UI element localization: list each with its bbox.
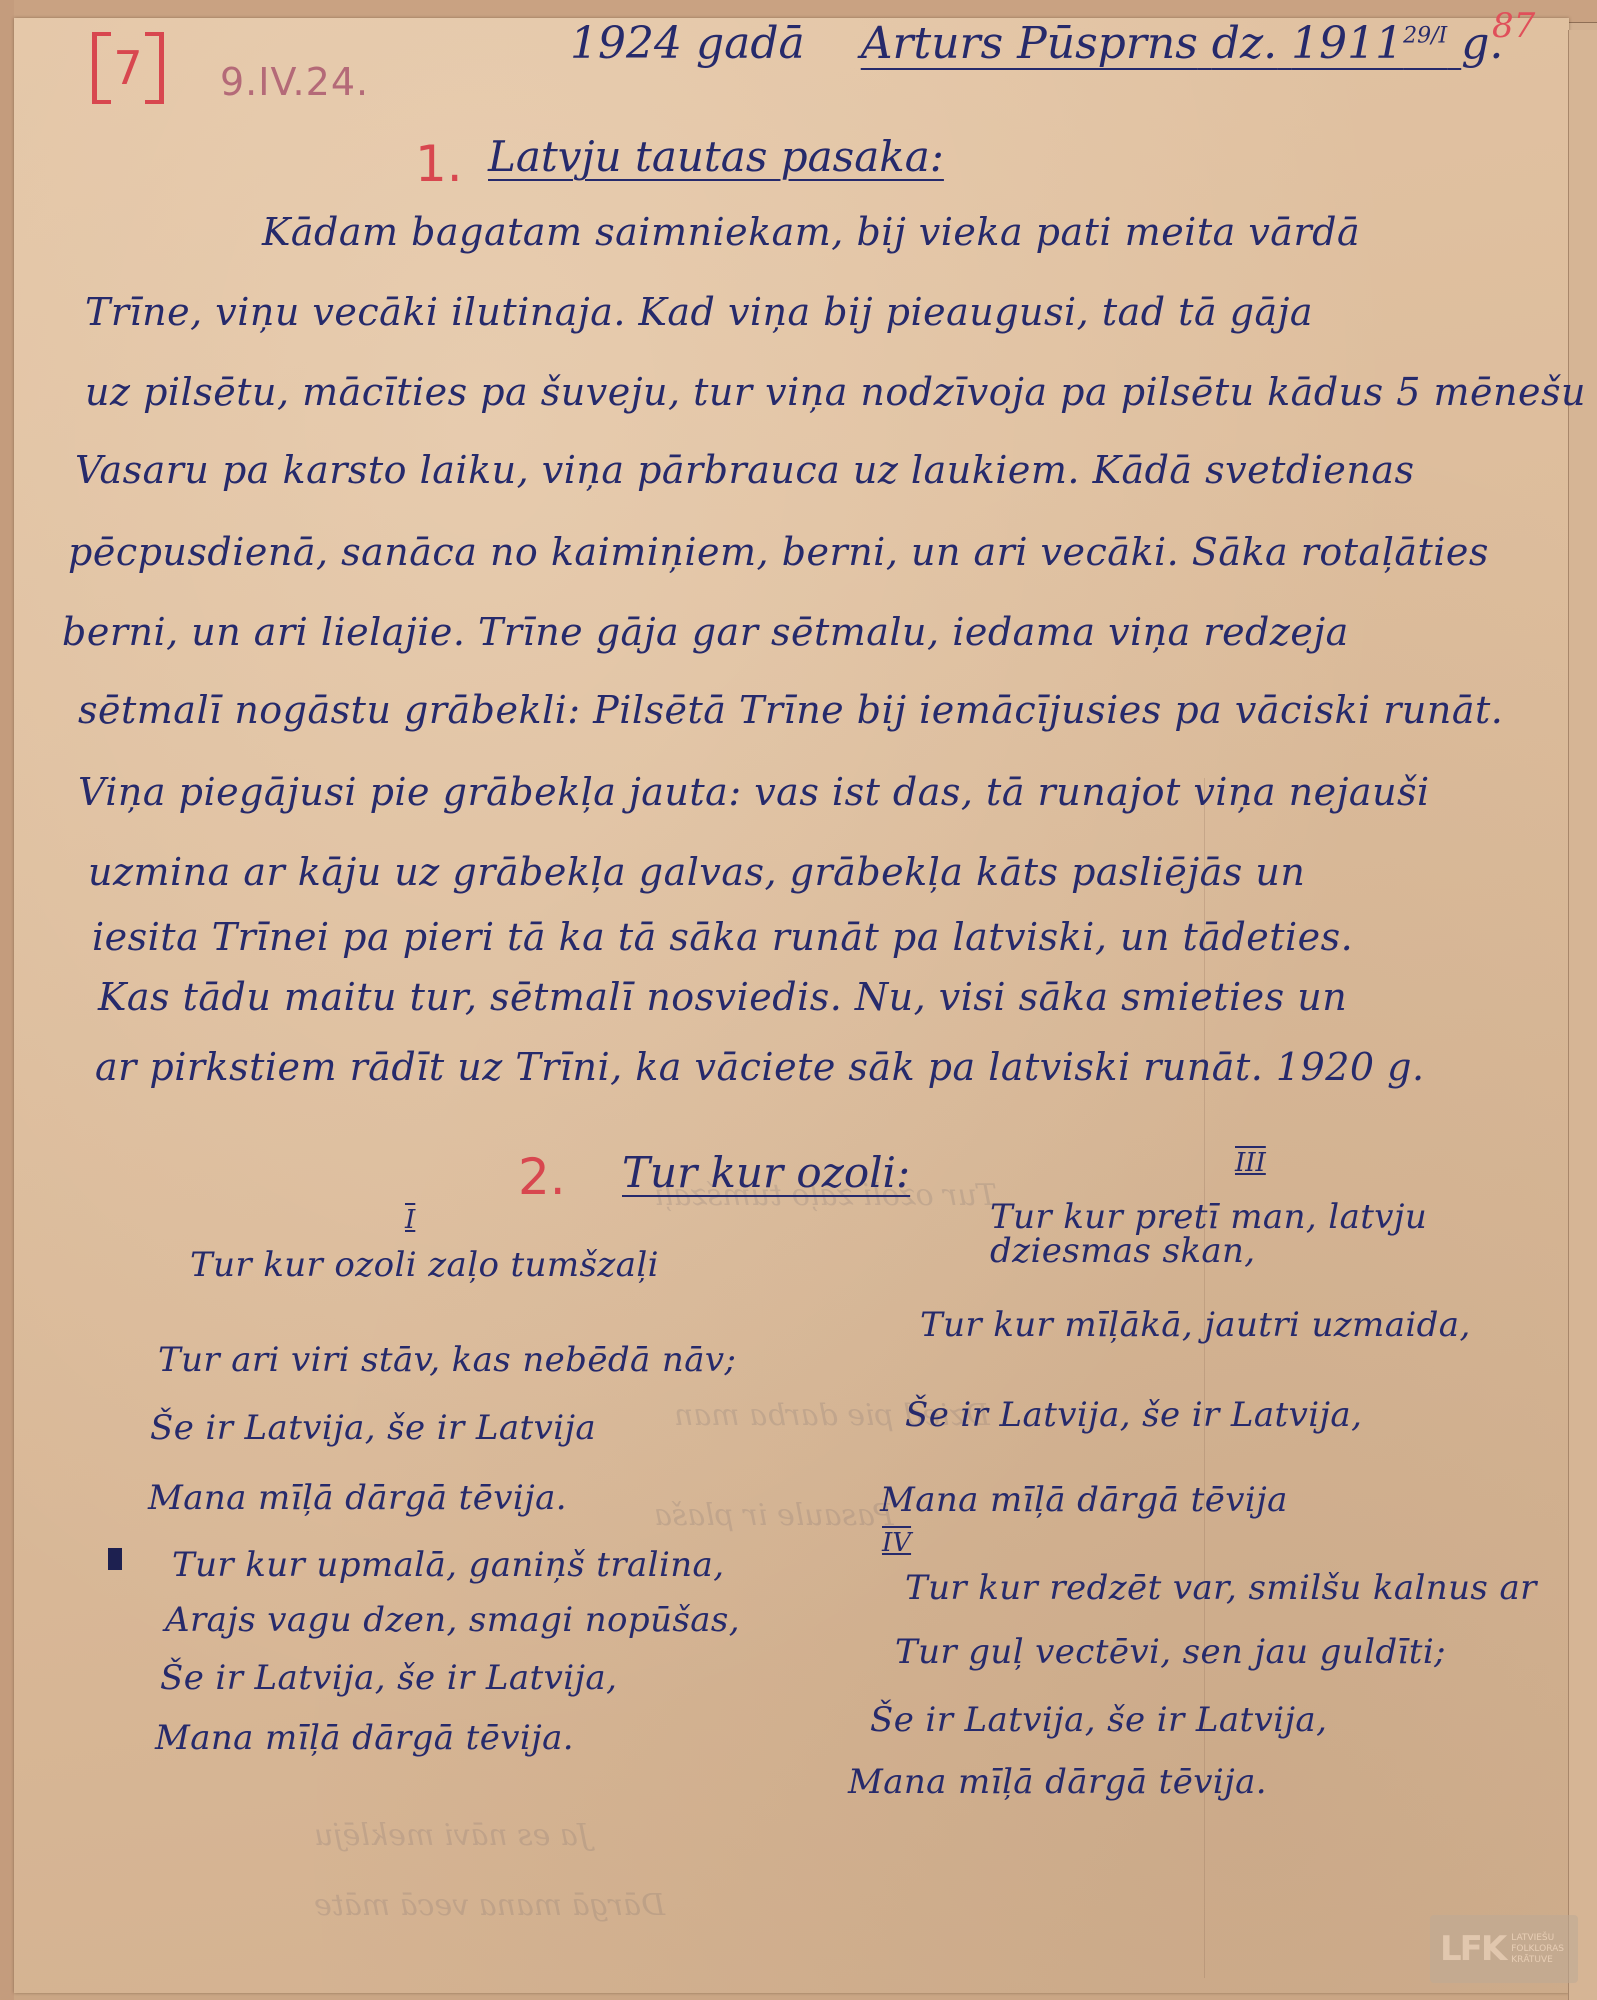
watermark-text: LATVIEŠU FOLKLORAS KRĀTUVE: [1511, 1933, 1564, 1966]
watermark-line: KRĀTUVE: [1511, 1955, 1564, 1966]
bleed-through-text: Ja es nāvi meklēju: [314, 1818, 590, 1853]
verse-line: Tur guļ vectēvi, sen jau guldīti;: [895, 1632, 1446, 1672]
archive-number: 7: [113, 41, 142, 95]
verse-line: Mana mīļā dārgā tēvija.: [155, 1718, 574, 1758]
watermark-logo: LFK: [1440, 1929, 1505, 1969]
prose-line: Kas tādu maitu tur, sētmalī nosviedis. N…: [98, 975, 1347, 1019]
prose-line: ar pirkstiem rādīt uz Trīni, ka vāciete …: [95, 1045, 1425, 1089]
watermark-line: LATVIEŠU: [1511, 1933, 1564, 1944]
header-year: 1924 gadā: [570, 18, 805, 69]
section-2-title: Tur kur ozoli:: [622, 1148, 910, 1197]
verse-line: Tur kur upmalā, ganiņš tralina,: [172, 1545, 724, 1585]
left-paper-edge: [0, 0, 14, 2000]
prose-line: berni, un ari lielajie. Trīne gāja gar s…: [62, 610, 1349, 654]
archive-date-stamp: 9.IV.24.: [220, 60, 369, 104]
section-1-number: 1.: [415, 135, 463, 193]
bleed-through-text: Dārgā mana vecā māte: [314, 1888, 665, 1923]
birth-suffix: g.: [1461, 18, 1503, 69]
section-2-number: 2.: [518, 1148, 566, 1206]
verse-line: Tur ari viri stāv, kas nebēdā nāv;: [158, 1340, 736, 1380]
prose-line: pēcpusdienā, sanāca no kaimiņiem, berni,…: [68, 530, 1489, 574]
prose-line: Trīne, viņu vecāki ilutinaja. Kad viņa b…: [85, 290, 1313, 334]
verse-line: Arajs vagu dzen, smagi nopūšas,: [165, 1600, 740, 1640]
birth-year: 1911: [1291, 18, 1403, 69]
verse-line: Tur kur mīļākā, jautri uzmaida,: [920, 1305, 1471, 1345]
verse-line: Mana mīļā dārgā tēvija.: [148, 1478, 567, 1518]
stanza-numeral: IV: [882, 1528, 911, 1558]
right-paper-edge: [1568, 30, 1597, 2000]
prose-line: Vasaru pa karsto laiku, viņa pārbrauca u…: [75, 448, 1415, 492]
stanza-2-margin-mark: [108, 1548, 122, 1570]
watermark-line: FOLKLORAS: [1511, 1944, 1564, 1955]
verse-line: Mana mīļā dārgā tēvija: [880, 1480, 1288, 1520]
prose-line: Viņa piegājusi pie grābekļa jauta: vas i…: [78, 770, 1430, 814]
verse-line: Tur kur pretī man, latvju dziesmas skan,: [990, 1200, 1550, 1268]
verse-line: Še ir Latvija, še ir Latvija: [150, 1408, 596, 1448]
prose-line: sētmalī nogāstu grābekli: Pilsētā Trīne …: [78, 688, 1503, 732]
prose-line: iesita Trīnei pa pieri tā ka tā sāka run…: [92, 915, 1353, 959]
archive-number-box: 7: [92, 32, 164, 104]
archive-watermark: LFK LATVIEŠU FOLKLORAS KRĀTUVE: [1430, 1915, 1578, 1983]
verse-line: Še ir Latvija, še ir Latvija,: [160, 1658, 617, 1698]
prose-line: uzmina ar kāju uz grābekļa galvas, grābe…: [88, 850, 1305, 894]
collector-name: Arturs Pūsprns: [861, 18, 1198, 69]
verse-line: Tur kur ozoli zaļo tumšzaļi: [190, 1245, 659, 1285]
collector-info: Arturs Pūsprns dz. 191129/I: [861, 18, 1462, 69]
document-header: 1924 gadā Arturs Pūsprns dz. 191129/I g.: [570, 18, 1503, 69]
verse-line: Tur kur redzēt var, smilšu kalnus ar: [905, 1568, 1537, 1608]
verse-line: Še ir Latvija, še ir Latvija,: [870, 1700, 1327, 1740]
bleed-through-text: Pasaule ir plaša: [654, 1498, 894, 1533]
verse-line: Še ir Latvija, še ir Latvija,: [905, 1395, 1362, 1435]
stanza-numeral: III: [1235, 1148, 1266, 1178]
stanza-numeral: I: [405, 1205, 415, 1235]
section-1-title: Latvju tautas pasaka:: [488, 132, 944, 181]
birth-prefix: dz.: [1212, 18, 1277, 69]
prose-line: Kādam bagatam saimniekam, bij vieka pati…: [262, 210, 1360, 254]
verse-line: Mana mīļā dārgā tēvija.: [848, 1762, 1267, 1802]
prose-line: uz pilsētu, mācīties pa šuveju, tur viņa…: [85, 370, 1586, 414]
birth-day-month: 29/I: [1403, 23, 1447, 48]
